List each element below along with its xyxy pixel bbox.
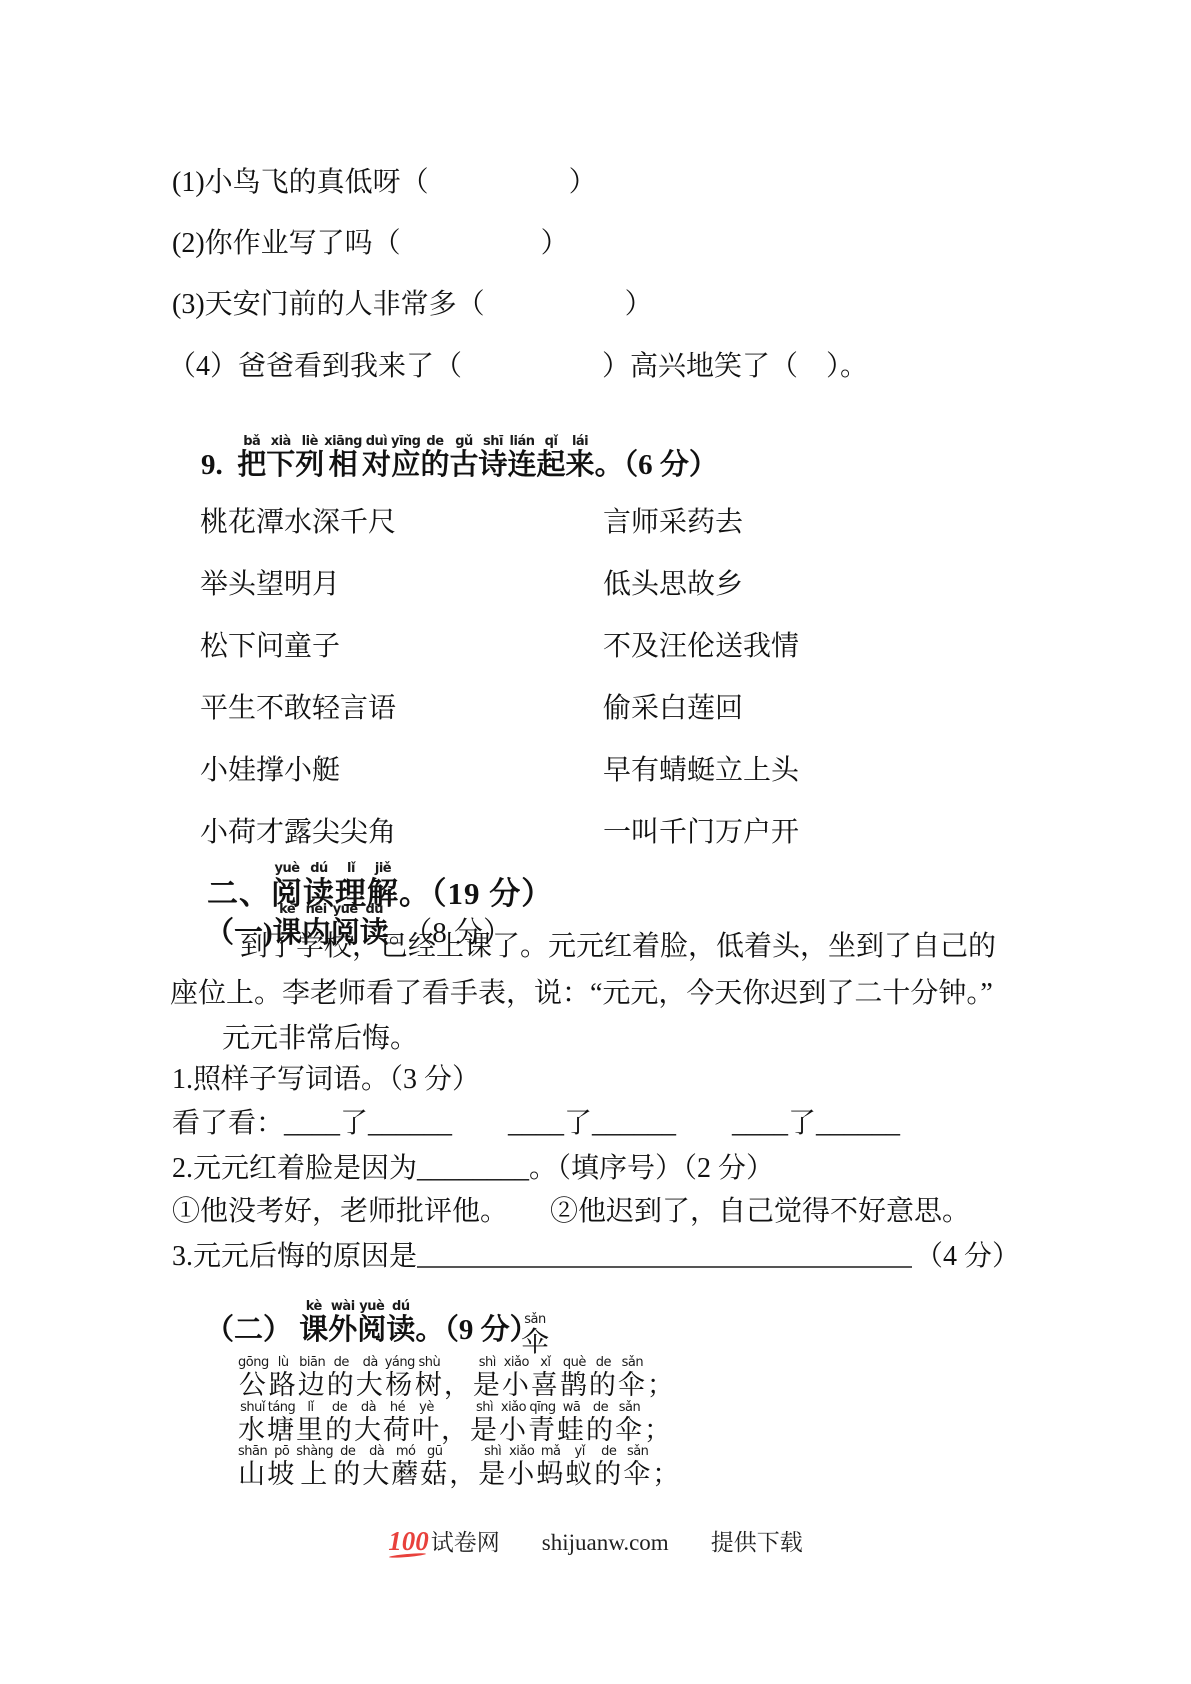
- poem-match-right: 不及汪伦送我情: [603, 631, 799, 662]
- poem-match-right: 偷采白莲回: [603, 693, 743, 724]
- reading-question-2: 2.元元红着脸是因为________。（填序号）（2 分）: [172, 1152, 774, 1185]
- poem-line-1: 公gōng路lù边biān的de大dà杨yáng树shù，是shì小xiǎo喜x…: [238, 1356, 676, 1402]
- sentence-item-3: (3)天安门前的人非常多（ ）: [172, 288, 653, 321]
- passage-line-2: 座位上。李老师看了看手表，说：“元元，今天你迟到了二十分钟。”: [170, 977, 993, 1010]
- reading-question-1: 1.照样子写词语。（3 分）: [172, 1063, 480, 1096]
- poem-match-right: 低头思故乡: [603, 569, 743, 600]
- site-brand: 100试卷网: [388, 1524, 500, 1557]
- poem-line-3: 山shān坡pō上shàng的de大dà蘑mó菇gū，是shì小xiǎo蚂mǎ蚁…: [238, 1445, 681, 1491]
- poem-match-right: 一叫千门万户开: [603, 817, 799, 848]
- part-1-header: （一)课kè内nèi阅yuè读dú。（8 分）: [176, 871, 512, 984]
- passage-line-3: 元元非常后悔。: [222, 1022, 418, 1055]
- sentence-item-2: (2)你作业写了吗（ ）: [172, 227, 569, 260]
- poem-match-right: 早有蜻蜓立上头: [603, 755, 799, 786]
- site-name: 试卷网: [431, 1524, 500, 1557]
- page-footer: 100试卷网 shijuanw.com 提供下载: [0, 1524, 1191, 1557]
- poem-match-right: 言师采药去: [603, 507, 743, 538]
- reading-question-3-points: （4 分）: [915, 1240, 1020, 1273]
- passage-line-1: 到了学校，已经上课了。元元红着脸，低着头，坐到了自己的: [240, 930, 996, 963]
- logo-100-icon: 100: [388, 1526, 429, 1557]
- reading-question-1-blanks: 看了看：____了______ ____了______ ____了______: [172, 1107, 900, 1140]
- exam-worksheet-page: (1)小鸟飞的真低呀（ ） (2)你作业写了吗（ ） (3)天安门前的人非常多（…: [0, 0, 1191, 1684]
- part-2-title-ruby: 课kè外wài阅yuè读dú: [299, 1314, 415, 1346]
- reading-question-2-options: ①他没考好，老师批评他。 ②他迟到了，自己觉得不好意思。: [172, 1195, 970, 1228]
- sentence-item-1: (1)小鸟飞的真低呀（ ）: [172, 166, 597, 199]
- part-2-number: （二）: [205, 1314, 299, 1346]
- download-label: 提供下载: [711, 1524, 803, 1557]
- sentence-item-4: （4）爸爸看到我来了（ ）高兴地笑了（ ）。: [168, 350, 868, 383]
- poem-line-2: 水shuǐ塘táng里lǐ的de大dà荷hé叶yè，是shì小xiǎo青qīng…: [238, 1401, 673, 1447]
- site-domain: shijuanw.com: [542, 1530, 669, 1556]
- poem-title: 伞sǎn: [521, 1313, 549, 1359]
